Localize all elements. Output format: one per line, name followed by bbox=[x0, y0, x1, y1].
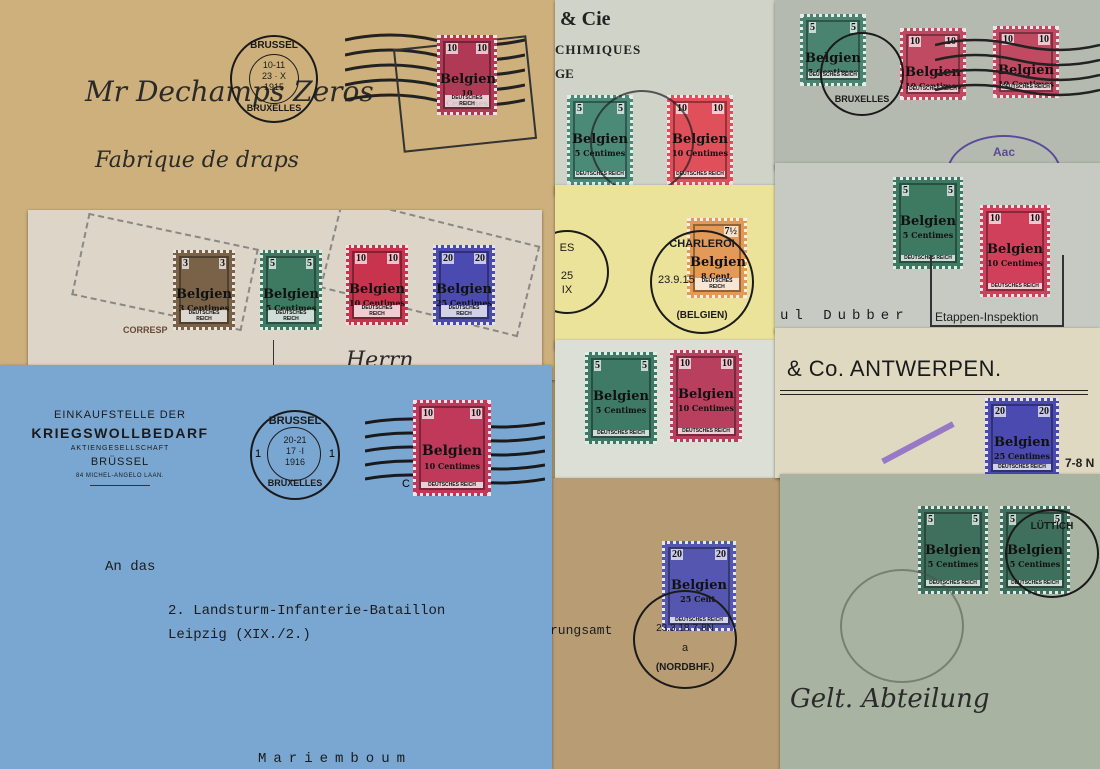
postcard: CORRESP 33Belgien3 CentimesDEUTSCHES REI… bbox=[28, 210, 542, 380]
envelope-blue-kriegswollbedarf: EINKAUFSTELLE DER KRIEGSWOLLBEDARF AKTIE… bbox=[0, 365, 552, 769]
address-line-2: 2. Landsturm-Infanterie-Bataillon bbox=[168, 603, 445, 619]
letterhead-line-5: 84 MICHEL-ANGELO LAAN. bbox=[10, 473, 230, 479]
letterhead-rule bbox=[90, 485, 150, 486]
violet-cachet bbox=[881, 421, 969, 478]
envelope-top-center: & Cie CHIMIQUES GE 55Belgien5 CentimesDE… bbox=[555, 0, 777, 195]
stamp-10pf-belgien: 10 10 Belgien 10 Centimes DEUTSCHES REIC… bbox=[413, 400, 491, 496]
corresp-label: CORRESP bbox=[123, 325, 168, 335]
envelope-top-right: 55Belgien5 CentimesDEUTSCHES REICH1010Be… bbox=[775, 0, 1100, 170]
letterhead-cie: & Cie bbox=[560, 8, 611, 31]
address-line-1: An das bbox=[105, 559, 155, 575]
oval-handstamp bbox=[840, 569, 964, 683]
address-line-3: Leipzig (XIX./2.) bbox=[168, 627, 311, 643]
letterhead-antwerpen: & Co. ANTWERPEN. bbox=[787, 356, 1002, 382]
stamp-20pf-belgien: 2020Belgien25 CentimesDEUTSCHES REICH bbox=[433, 245, 495, 325]
envelope-antwerpen: & Co. ANTWERPEN. 20 20 Belgien 25 Centim… bbox=[775, 328, 1100, 478]
letterhead-line-4: BRÜSSEL bbox=[10, 456, 230, 468]
handwritten-abteilung: Gelt. Abteilung bbox=[790, 684, 989, 714]
stamp-3pf-belgien: 33Belgien3 CentimesDEUTSCHES REICH bbox=[173, 250, 235, 330]
machine-letter: C bbox=[402, 478, 410, 490]
stamp-10pf-belgien: 1010Belgien10 CentimesDEUTSCHES REICH bbox=[346, 245, 408, 325]
letterhead-line-1: EINKAUFSTELLE DER bbox=[10, 409, 230, 421]
stamp-5pf-belgien: 55Belgien5 CentimesDEUTSCHES REICH bbox=[260, 250, 322, 330]
etappen-inspektion-text: Etappen-Inspektion bbox=[935, 310, 1038, 324]
card-yellow-charleroi: ES 25 IX 7½ Belgien 8 Cent. DEUTSCHES RE… bbox=[555, 185, 777, 350]
stamp-10pf-belgien: 1010Belgien10 CentimesDEUTSCHES REICH bbox=[670, 350, 742, 442]
postmark-time: 7-8 N bbox=[1065, 456, 1094, 470]
letterhead: EINKAUFSTELLE DER KRIEGSWOLLBEDARF AKTIE… bbox=[10, 409, 230, 486]
handwritten-company: Fabrique de draps bbox=[95, 148, 299, 173]
letterhead-chimiques: CHIMIQUES bbox=[555, 42, 641, 58]
envelope-bottom-right: 55Belgien5 CentimesDEUTSCHES REICH55Belg… bbox=[780, 474, 1100, 769]
letterhead-ge: GE bbox=[555, 66, 574, 82]
postmark-charleroi: CHARLEROI 23.9.15 (BELGIEN) bbox=[650, 230, 754, 334]
address-line-4: Mariemboum bbox=[258, 751, 412, 767]
typed-dubber: ul Dubber bbox=[780, 308, 910, 324]
letterhead-line-3: AKTIENGESELLSCHAFT bbox=[10, 445, 230, 452]
postmark-top-center bbox=[590, 90, 694, 194]
typed-rungsamt: rungsamt bbox=[550, 623, 612, 638]
stamp-10pf-belgien: 10 10 Belgien 10 Centimes DEUTSCHES REIC… bbox=[437, 35, 497, 115]
postmark-luttich: LÜTTICH bbox=[1005, 509, 1099, 598]
machine-cancel-wavy-lines bbox=[935, 35, 1100, 105]
stamp-5pf-belgien: 55Belgien5 CentimesDEUTSCHES REICH bbox=[585, 352, 657, 444]
postmark-nordbhf: 23.3.18.7-8N a (NORDBHF.) bbox=[633, 590, 737, 689]
letterhead-line-2: KRIEGSWOLLBEDARF bbox=[10, 425, 230, 441]
envelope-brown: rungsamt 20 20 Belgien 25 Cent. DEUTSCHE… bbox=[545, 478, 782, 769]
postmark-brussel-1916: BRUSSEL 20-21 17 ·I 1916 BRUXELLES 1 1 bbox=[250, 410, 340, 500]
stamp-20pf-belgien: 20 20 Belgien 25 Centimes DEUTSCHES REIC… bbox=[985, 398, 1059, 478]
envelope-middle-center: 55Belgien5 CentimesDEUTSCHES REICH1010Be… bbox=[555, 340, 775, 485]
letterhead-rule bbox=[780, 390, 1088, 395]
postmark-brussel-1915: BRUSSEL 10-11 23 · X 1915 BRUXELLES bbox=[230, 35, 318, 123]
postmark-left-partial: ES 25 IX bbox=[555, 230, 609, 314]
envelope-dubber: 55Belgien5 CentimesDEUTSCHES REICH1010Be… bbox=[775, 163, 1100, 333]
postmark-bruxelles: BRUXELLES bbox=[820, 32, 904, 116]
